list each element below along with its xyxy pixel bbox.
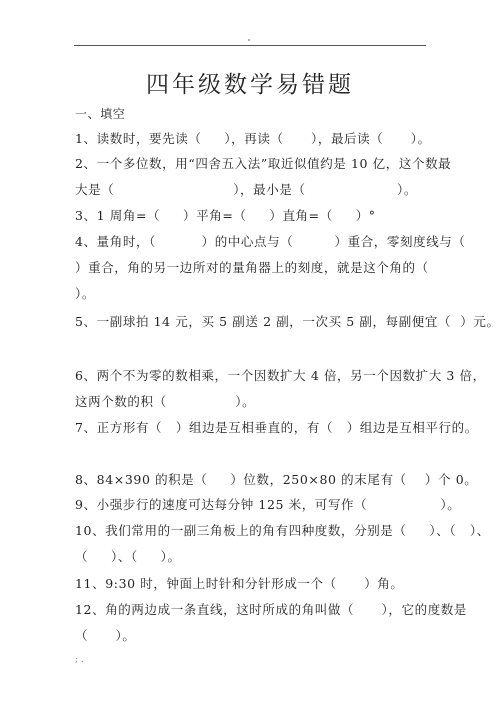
question-3: 3、1 周角=（ ）平角=（ ）直角=（ ）° bbox=[75, 208, 376, 224]
question-10-line-1: 10、我们常用的一副三角板上的角有四种度数，分别是（ ）、（ ）、 bbox=[75, 523, 490, 539]
question-12-line-1: 12、角的两边成一条直线，这时所成的角叫做（ ），它的度数是 bbox=[75, 602, 467, 618]
question-4-line-1: 4、量角时，（ ）的中心点与（ ）重合，零刻度线与（ bbox=[75, 234, 466, 250]
question-6-line-2: 这两个数的积（ ）。 bbox=[75, 394, 255, 410]
question-4-line-2: ）重合，角的另一边所对的量角器上的刻度，就是这个角的（ bbox=[75, 260, 429, 276]
question-4-line-3: ）。 bbox=[75, 286, 95, 302]
question-8: 8、84×390 的积是（ ）位数，250×80 的末尾有（ ）个 0。 bbox=[75, 472, 477, 488]
question-9: 9、小强步行的速度可达每分钟 125 米，可写作（ ）。 bbox=[75, 497, 460, 513]
question-7: 7、正方形有（ ）组边是互相垂直的，有（ ）组边是互相平行的。 bbox=[75, 420, 478, 436]
question-1: 1、读数时，要先读（ ），再读（ ），最后读（ ）。 bbox=[75, 131, 431, 147]
question-2-line-1: 2、一个多位数，用“四舍五入法”取近似值约是 10 亿，这个数最 bbox=[75, 156, 451, 172]
section-heading: 一、填空 bbox=[75, 106, 125, 122]
question-6-line-1: 6、两个不为零的数相乘，一个因数扩大 4 倍，另一个因数扩大 3 倍， bbox=[75, 368, 486, 384]
header-dot bbox=[248, 39, 250, 41]
footer-mark: ; . bbox=[75, 655, 84, 665]
question-12-line-2: （ ）。 bbox=[75, 628, 136, 644]
header-rule bbox=[74, 45, 426, 46]
question-10-line-2: （ ）、（ ）。 bbox=[75, 549, 181, 565]
question-11: 11、9:30 时，钟面上时针和分针形成一个（ ）角。 bbox=[75, 576, 404, 592]
question-2-line-2: 大是（ ），最小是（ ）。 bbox=[75, 182, 417, 198]
page-title: 四年级数学易错题 bbox=[0, 66, 500, 99]
question-5: 5、一副球拍 14 元，买 5 副送 2 副，一次买 5 副，每副便宜（ ）元。 bbox=[75, 314, 500, 330]
